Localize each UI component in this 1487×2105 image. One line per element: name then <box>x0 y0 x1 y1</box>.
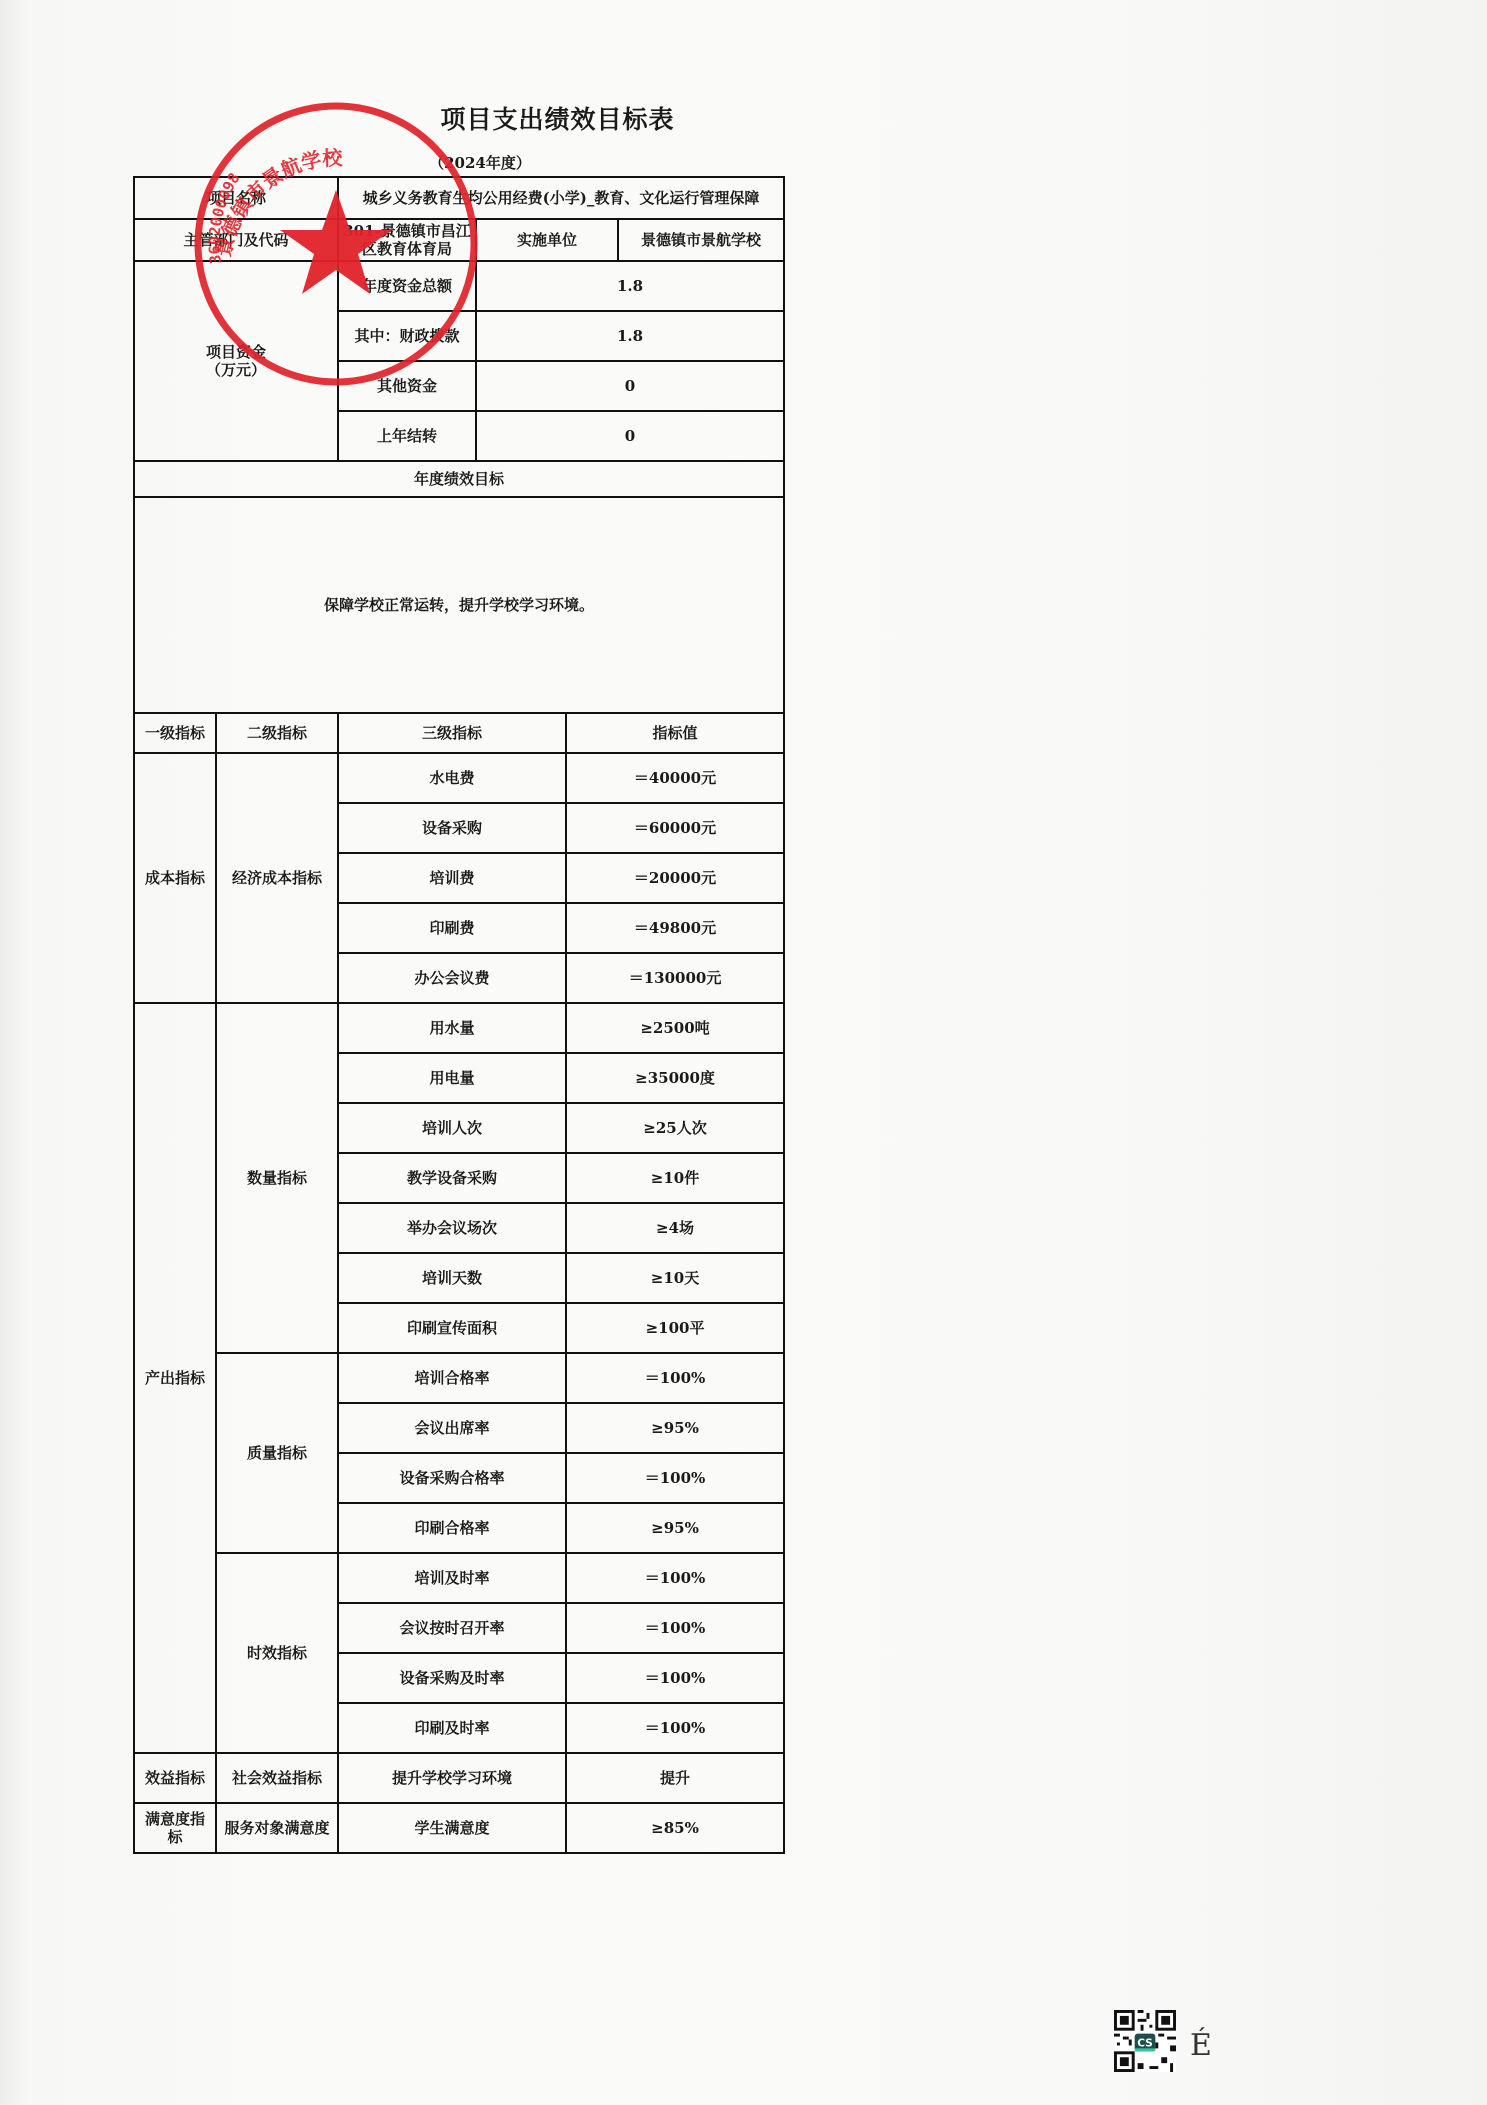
indicator-value: ＝49800元 <box>566 903 784 953</box>
year-label: （2024年度） <box>380 152 580 173</box>
indicator-value: ≥85% <box>566 1803 784 1853</box>
fund-row-value: 0 <box>476 411 784 461</box>
level2-indicator: 服务对象满意度 <box>216 1803 338 1853</box>
level3-indicator: 教学设备采购 <box>338 1153 566 1203</box>
indicator-value: ≥10件 <box>566 1153 784 1203</box>
fund-row-label: 其他资金 <box>338 361 476 411</box>
indicator-value: ＝40000元 <box>566 753 784 803</box>
indicator-value: ＝100% <box>566 1353 784 1403</box>
level2-indicator: 时效指标 <box>216 1553 338 1753</box>
level3-indicator: 培训及时率 <box>338 1553 566 1603</box>
level2-indicator: 经济成本指标 <box>216 753 338 1003</box>
funds-label: 项目资金（万元） <box>134 261 338 461</box>
impl-unit-label: 实施单位 <box>476 219 618 261</box>
document-title: 项目支出绩效目标表 <box>0 100 1040 136</box>
level1-indicator: 效益指标 <box>134 1753 216 1803</box>
level3-indicator: 会议按时召开率 <box>338 1603 566 1653</box>
level3-indicator: 设备采购及时率 <box>338 1653 566 1703</box>
header-level3: 三级指标 <box>338 713 566 753</box>
indicator-value: 提升 <box>566 1753 784 1803</box>
footer-letter: É <box>1190 2028 1212 2063</box>
indicator-value: ＝60000元 <box>566 803 784 853</box>
level3-indicator: 印刷宣传面积 <box>338 1303 566 1353</box>
fund-row-label: 上年结转 <box>338 411 476 461</box>
level3-indicator: 会议出席率 <box>338 1403 566 1453</box>
indicator-value: ＝100% <box>566 1703 784 1753</box>
dept-label: 主管部门及代码 <box>134 219 338 261</box>
indicator-value: ≥95% <box>566 1503 784 1553</box>
fund-row-label: 年度资金总额 <box>338 261 476 311</box>
level3-indicator: 设备采购合格率 <box>338 1453 566 1503</box>
level1-indicator: 产出指标 <box>134 1003 216 1753</box>
indicator-value: ≥10天 <box>566 1253 784 1303</box>
annual-goal-label: 年度绩效目标 <box>134 461 784 497</box>
indicator-row: 产出指标数量指标用水量≥2500吨 <box>134 1003 784 1053</box>
indicator-value: ＝100% <box>566 1603 784 1653</box>
header-value: 指标值 <box>566 713 784 753</box>
indicator-value: ≥35000度 <box>566 1053 784 1103</box>
level3-indicator: 培训费 <box>338 853 566 903</box>
indicator-value: ＝100% <box>566 1453 784 1503</box>
fund-row-value: 0 <box>476 361 784 411</box>
indicator-row: 效益指标社会效益指标提升学校学习环境提升 <box>134 1753 784 1803</box>
level3-indicator: 用水量 <box>338 1003 566 1053</box>
level2-indicator: 质量指标 <box>216 1353 338 1553</box>
dept-value: 301-景德镇市昌江区教育体育局 <box>338 219 476 261</box>
level1-indicator: 满意度指标 <box>134 1803 216 1853</box>
level3-indicator: 印刷费 <box>338 903 566 953</box>
indicator-value: ＝100% <box>566 1553 784 1603</box>
level3-indicator: 印刷合格率 <box>338 1503 566 1553</box>
level3-indicator: 设备采购 <box>338 803 566 853</box>
indicator-value: ＝20000元 <box>566 853 784 903</box>
indicator-row: 质量指标培训合格率＝100% <box>134 1353 784 1403</box>
indicator-value: ≥25人次 <box>566 1103 784 1153</box>
performance-target-table: 项目名称 城乡义务教育生均公用经费(小学)_教育、文化运行管理保障 主管部门及代… <box>133 176 785 1854</box>
annual-goal-text: 保障学校正常运转，提升学校学习环境。 <box>134 497 784 713</box>
funds-label-text: 项目资金（万元） <box>196 343 276 379</box>
level3-indicator: 培训天数 <box>338 1253 566 1303</box>
level3-indicator: 用电量 <box>338 1053 566 1103</box>
indicator-row: 时效指标培训及时率＝100% <box>134 1553 784 1603</box>
fund-row-label: 其中：财政拨款 <box>338 311 476 361</box>
header-level2: 二级指标 <box>216 713 338 753</box>
indicator-value: ≥95% <box>566 1403 784 1453</box>
impl-unit-value: 景德镇市景航学校 <box>618 219 784 261</box>
indicator-value: ≥2500吨 <box>566 1003 784 1053</box>
level2-indicator: 数量指标 <box>216 1003 338 1353</box>
fund-row-value: 1.8 <box>476 261 784 311</box>
indicator-rows: 成本指标经济成本指标水电费＝40000元设备采购＝60000元培训费＝20000… <box>134 753 784 1853</box>
indicator-value: ≥4场 <box>566 1203 784 1253</box>
level2-indicator: 社会效益指标 <box>216 1753 338 1803</box>
level3-indicator: 提升学校学习环境 <box>338 1753 566 1803</box>
fund-row-value: 1.8 <box>476 311 784 361</box>
level3-indicator: 水电费 <box>338 753 566 803</box>
indicator-value: ＝130000元 <box>566 953 784 1003</box>
qr-badge: CS <box>1137 2037 1153 2050</box>
header-level1: 一级指标 <box>134 713 216 753</box>
level3-indicator: 印刷及时率 <box>338 1703 566 1753</box>
project-name-label: 项目名称 <box>134 177 338 219</box>
indicator-value: ≥100平 <box>566 1303 784 1353</box>
level3-indicator: 办公会议费 <box>338 953 566 1003</box>
level3-indicator: 培训人次 <box>338 1103 566 1153</box>
level1-indicator: 成本指标 <box>134 753 216 1003</box>
project-name-value: 城乡义务教育生均公用经费(小学)_教育、文化运行管理保障 <box>338 177 784 219</box>
indicator-row: 成本指标经济成本指标水电费＝40000元 <box>134 753 784 803</box>
level3-indicator: 培训合格率 <box>338 1353 566 1403</box>
level3-indicator: 举办会议场次 <box>338 1203 566 1253</box>
indicator-value: ＝100% <box>566 1653 784 1703</box>
qr-code-icon[interactable]: CS <box>1114 2010 1176 2072</box>
level3-indicator: 学生满意度 <box>338 1803 566 1853</box>
indicator-row: 满意度指标服务对象满意度学生满意度≥85% <box>134 1803 784 1853</box>
